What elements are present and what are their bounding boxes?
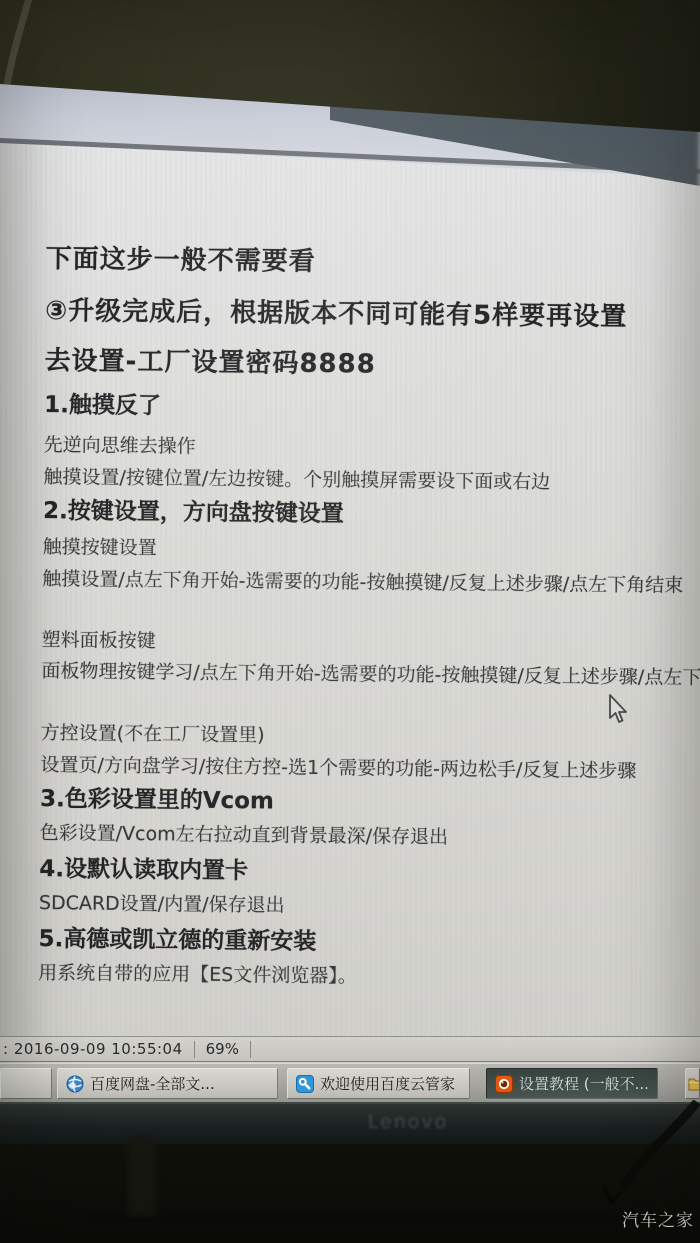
document-content: 下面这步一般不需要看 ③升级完成后，根据版本不同可能有5样要再设置 去设置-工厂… <box>0 230 700 1037</box>
doc-line: 先逆向思维去操作 <box>44 430 196 459</box>
doc-line: 设置页/方向盘学习/按住方控-选1个需要的功能-两边松手/反复上述步骤 <box>40 750 636 783</box>
baidu-cloud-icon <box>296 1075 314 1093</box>
cables <box>0 1100 700 1243</box>
doc-line: 面板物理按键学习/点左下角开始-选需要的功能-按触摸键/反复上述步骤/点左下角结… <box>41 656 700 691</box>
mouse-cursor-icon <box>603 692 629 726</box>
doc-line: 色彩设置/Vcom左右拉动直到背景最深/保存退出 <box>40 818 449 849</box>
doc-line: 1.触摸反了 <box>44 386 161 420</box>
taskbar-button-folder[interactable] <box>685 1068 700 1099</box>
doc-line: 2.按键设置，方向盘按键设置 <box>43 492 344 528</box>
folder-icon <box>688 1076 700 1091</box>
taskbar-button-image-viewer-active[interactable]: 设置教程 (一般不... <box>486 1068 658 1099</box>
status-separator <box>250 1041 251 1058</box>
doc-line: 用系统自带的应用【ES文件浏览器】。 <box>38 958 357 988</box>
taskbar-button-label: 百度网盘-全部文... <box>90 1073 215 1094</box>
timestamp-text: : 2016-09-09 10:55:04 <box>3 1040 183 1058</box>
taskbar-button-baidu-cloud-welcome[interactable]: 欢迎使用百度云管家 <box>287 1068 470 1099</box>
doc-line: 触摸设置/点左下角开始-选需要的功能-按触摸键/反复上述步骤/点左下角结束 <box>42 564 683 598</box>
doc-line: 5.高德或凯立德的重新安装 <box>38 920 316 956</box>
status-separator <box>194 1041 195 1058</box>
doc-line: 触摸设置/按键位置/左边按键。个别触摸屏需要设下面或右边 <box>43 462 550 494</box>
doc-line: 塑料面板按键 <box>42 625 156 653</box>
taskbar-button-baidu-netdisk[interactable]: 百度网盘-全部文... <box>57 1068 278 1099</box>
doc-line: 3.色彩设置里的Vcom <box>40 780 274 815</box>
taskbar-edge-stub <box>0 1068 52 1099</box>
doc-line: 方控设置(不在工厂设置里) <box>41 718 265 747</box>
doc-line: 4.设默认读取内置卡 <box>39 850 248 885</box>
doc-line: 去设置-工厂设置密码8888 <box>44 340 376 380</box>
doc-line: 触摸按键设置 <box>43 532 157 560</box>
photo-of-monitor: 下面这步一般不需要看 ③升级完成后，根据版本不同可能有5样要再设置 去设置-工厂… <box>0 0 700 1243</box>
globe-icon <box>66 1075 84 1093</box>
taskbar-button-label: 设置教程 (一般不... <box>519 1073 649 1094</box>
doc-line: SDCARD设置/内置/保存退出 <box>39 888 285 918</box>
taskbar-button-label: 欢迎使用百度云管家 <box>320 1073 455 1094</box>
watermark: 汽车之家 <box>622 1206 694 1231</box>
status-bar: : 2016-09-09 10:55:04 69% <box>0 1036 700 1062</box>
doc-line: ③升级完成后，根据版本不同可能有5样要再设置 <box>45 290 627 333</box>
doc-line: 下面这步一般不需要看 <box>46 238 316 278</box>
image-viewer-icon <box>495 1075 513 1093</box>
taskbar: 百度网盘-全部文... 欢迎使用百度云管家 设置教程 (一般不... <box>0 1063 700 1102</box>
zoom-level-text: 69% <box>206 1040 239 1058</box>
